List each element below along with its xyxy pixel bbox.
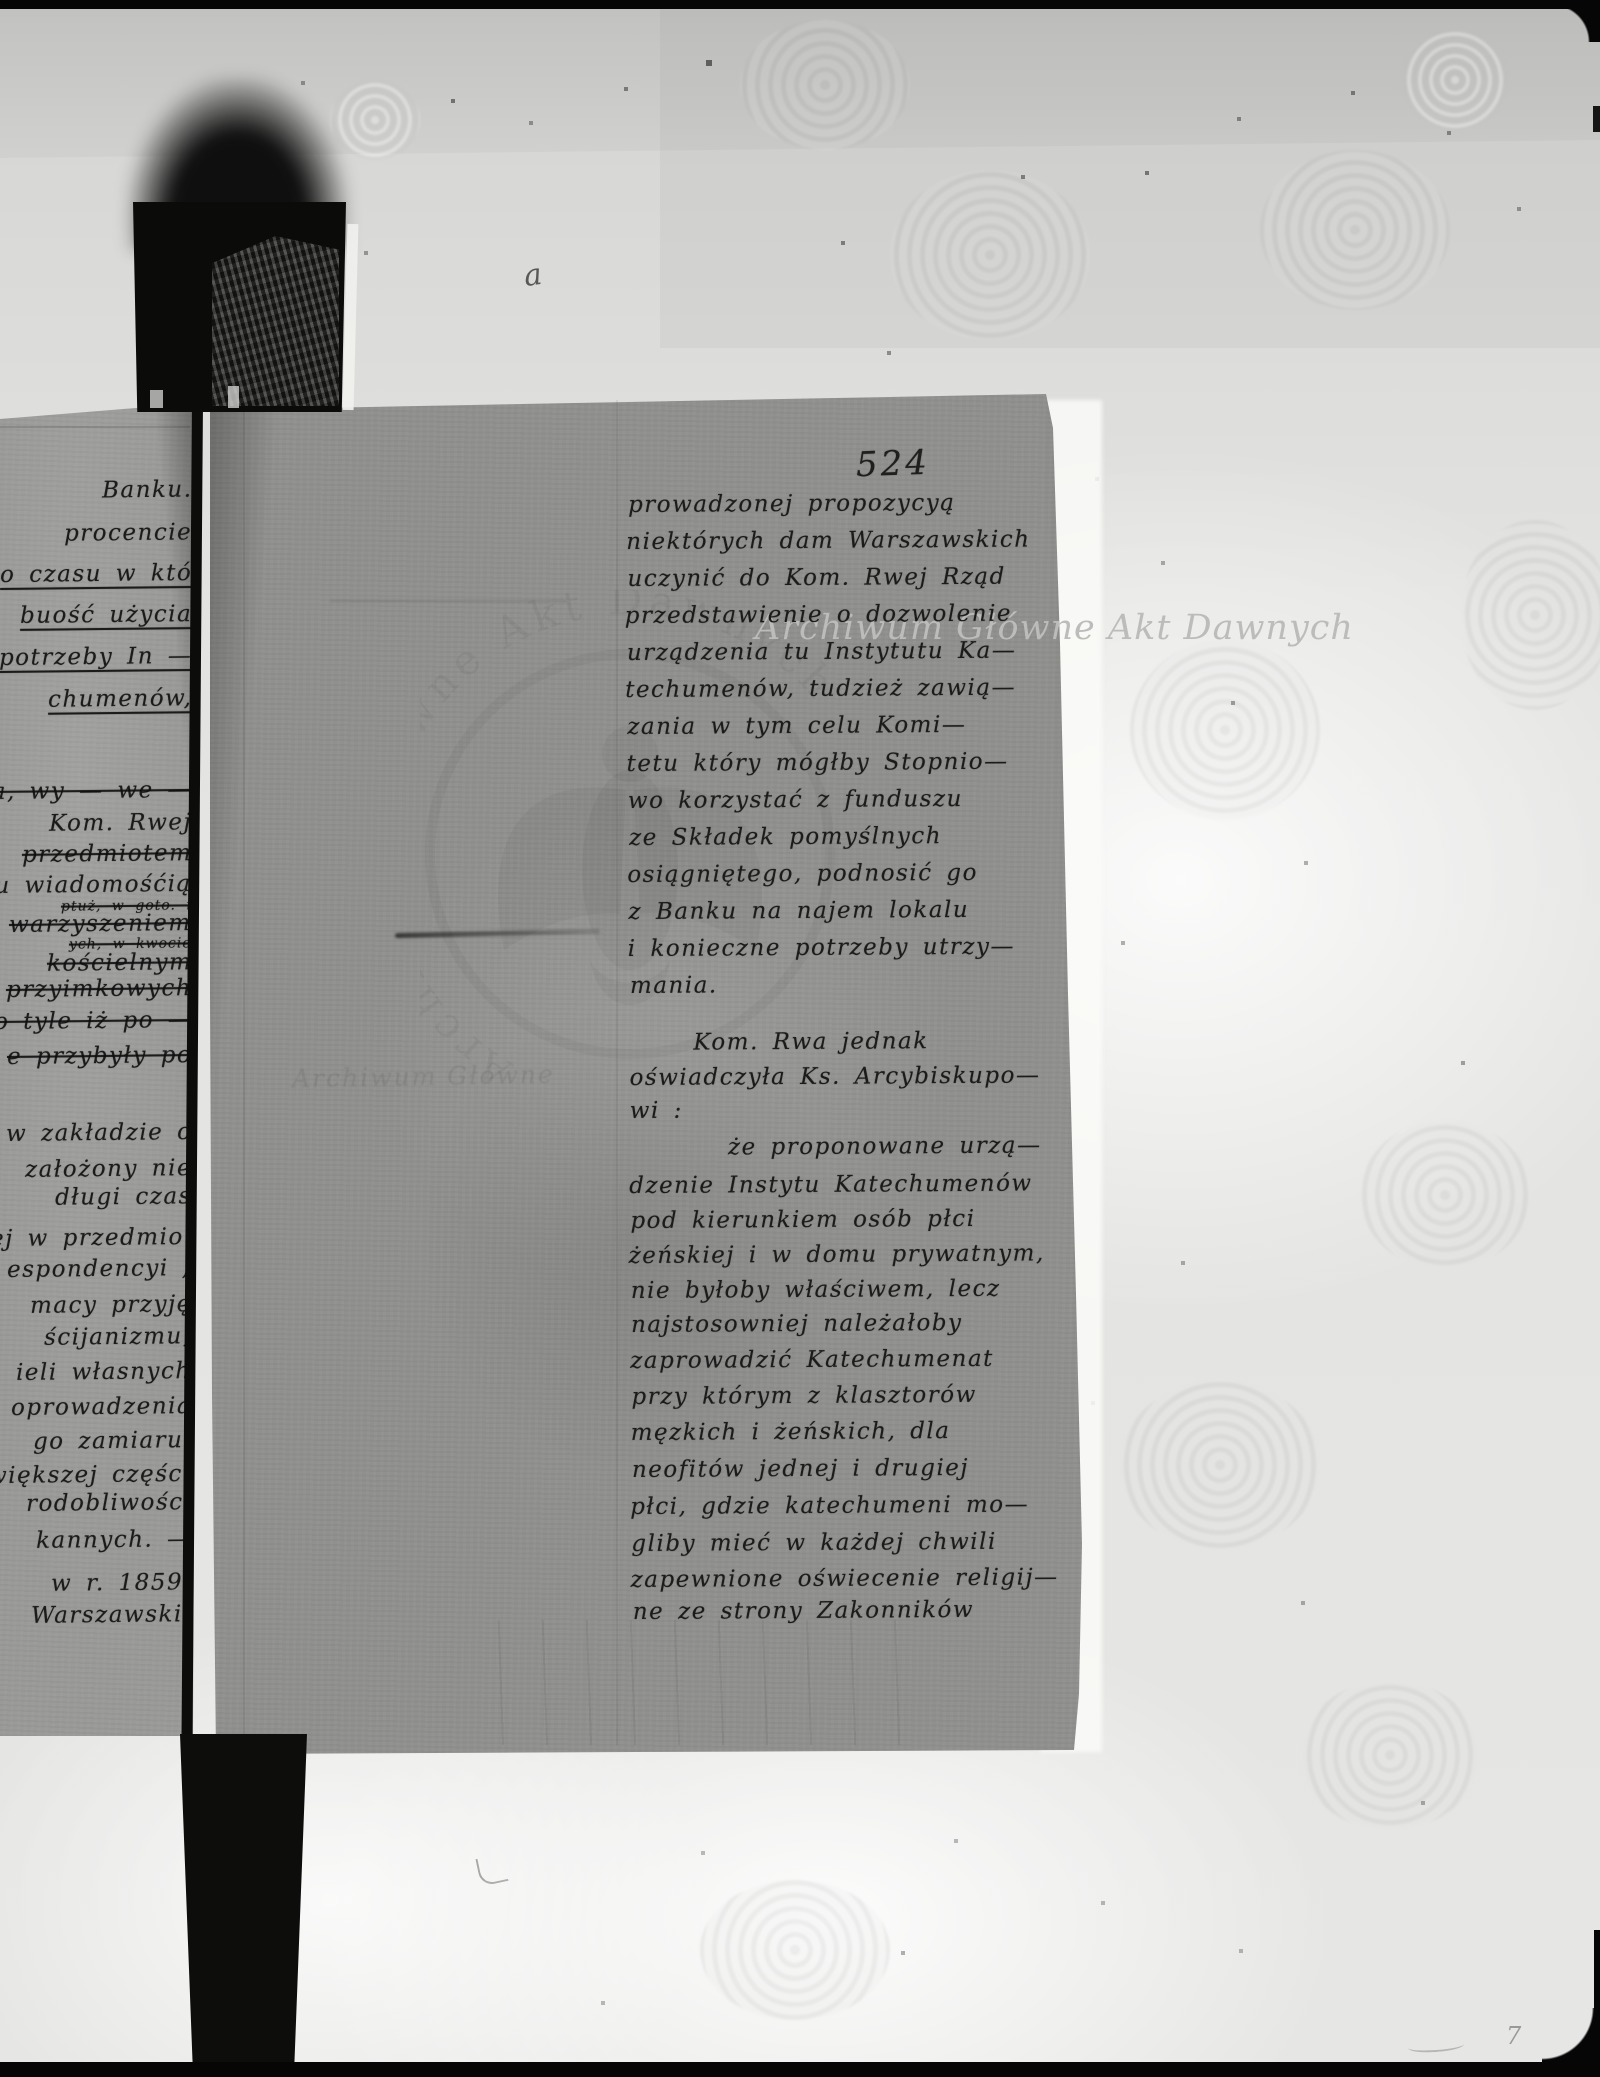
manuscript-line: nie byłoby właściwem, lecz: [631, 1276, 1001, 1304]
manuscript-line: i konieczne potrzeby utrzy—: [628, 934, 1015, 962]
manuscript-line: gliby mieć w każdej chwili: [631, 1529, 997, 1557]
manuscript-line: potrzeby In —: [0, 643, 192, 671]
manuscript-line: zapewnione oświecenie religij—: [631, 1564, 1059, 1593]
manuscript-line: ścijanizmu,: [44, 1323, 192, 1351]
manuscript-line: większej części: [0, 1461, 192, 1489]
pencil-mark-7: 7: [1506, 2022, 1521, 2050]
manuscript-line: Kom. Rwa jednak: [693, 1028, 928, 1055]
manuscript-line: długi czas: [55, 1183, 192, 1210]
manuscript-line: e przybyły po: [7, 1042, 193, 1070]
manuscript-line: buość użycia: [20, 601, 193, 629]
manuscript-line: założony nie: [25, 1155, 192, 1183]
manuscript-line: dzenie Instytu Katechumenów: [629, 1171, 1033, 1199]
manuscript-line: pod kierunkiem osób płci: [630, 1206, 975, 1234]
book-clamp-foot: [228, 386, 239, 408]
manuscript-line: Banku.: [101, 477, 192, 504]
film-frame-bottom-bar: [0, 2062, 1600, 2077]
manuscript-line: przy którym z klasztorów: [631, 1382, 976, 1410]
manuscript-line: prowadzonej propozycyą: [628, 490, 956, 518]
film-frame-corner: [1552, 0, 1600, 42]
manuscript-line: wi :: [630, 1098, 683, 1124]
manuscript-line: w zakładzie o: [5, 1119, 192, 1147]
manuscript-line: że proponowane urzą—: [728, 1132, 1042, 1160]
manuscript-line: męzkich i żeńskich, dla: [631, 1418, 951, 1446]
manuscript-line: ta, wy — we —: [0, 777, 192, 805]
manuscript-line: o tyle iż po —: [0, 1007, 192, 1035]
manuscript-line: urządzenia tu Instytutu Ka—: [627, 638, 1017, 666]
manuscript-line: najstosowniej należałoby: [631, 1310, 963, 1338]
manuscript-line: w r. 1859,: [51, 1569, 192, 1596]
film-frame-corner: [1542, 2008, 1600, 2068]
manuscript-line: z Banku na najem lokalu: [628, 897, 969, 925]
manuscript-line: procencie: [64, 519, 192, 546]
manuscript-line: tetu który mógłby Stopnio—: [627, 749, 1009, 777]
manuscript-line: ku wiadomośćią: [0, 871, 192, 899]
manuscript-line: ej w przedmio.: [0, 1224, 192, 1252]
book-clamp-lower: [180, 1734, 307, 2066]
manuscript-line: przyimkowych: [6, 975, 192, 1003]
manuscript-line: mania.: [630, 972, 718, 999]
manuscript-line: Warszawski,: [31, 1601, 192, 1629]
manuscript-line: o czasu w któ: [0, 560, 192, 588]
manuscript-line: techumenów, tudzież zawią—: [625, 675, 1016, 703]
manuscript-line: przedstawienie o dozwolenie: [625, 601, 1012, 629]
manuscript-line: oprowadzenia: [11, 1393, 192, 1421]
manuscript-line: warzyszeniem: [9, 910, 192, 938]
manuscript-line: kannych. —: [36, 1526, 192, 1554]
manuscript-line: ieli własnych: [16, 1358, 192, 1386]
microfilm-scan: Archiwum Główne Akt Dawnych Archiwum Głó…: [0, 0, 1600, 2077]
manuscript-line: przedmiotem: [22, 840, 193, 868]
manuscript-line: kościelnym: [46, 949, 192, 977]
manuscript-line: macy przyję: [30, 1291, 192, 1319]
manuscript-line: oświadczyła Ks. Arcybiskupo—: [629, 1063, 1040, 1092]
manuscript-line: ne ze strony Zakonników: [633, 1597, 974, 1625]
manuscript-line: rodobliwości: [25, 1489, 192, 1517]
manuscript-line: ze Składek pomyślnych: [629, 823, 942, 851]
manuscript-line: go zamiaru,: [33, 1427, 192, 1455]
book-clamp-texture: [212, 236, 339, 406]
manuscript-line: Kom. Rwej: [49, 809, 192, 836]
film-frame-top-bar: [0, 0, 1600, 9]
film-frame-notch: [1593, 106, 1600, 132]
manuscript-line: niektórych dam Warszawskich: [626, 527, 1030, 555]
book-clamp-foot: [150, 390, 163, 408]
manuscript-line: neofitów jednej i drugiej: [632, 1455, 969, 1483]
manuscript-line: płci, gdzie katechumeni mo—: [630, 1492, 1029, 1520]
film-frame-edge: [1594, 1930, 1600, 2070]
manuscript-line: osiągniętego, podnosić go: [627, 860, 978, 888]
manuscript-line: uczynić do Kom. Rwej Rząd: [627, 564, 1005, 592]
manuscript-line: zania w tym celu Komi—: [627, 712, 966, 740]
manuscript-line: zaprowadzić Katechumenat: [630, 1346, 994, 1374]
manuscript-line: chumenów,: [48, 685, 193, 713]
manuscript-line: espondencyi ;: [7, 1255, 192, 1283]
manuscript-line: wo korzystać z funduszu: [628, 786, 963, 814]
manuscript-line: żeńskiej i w domu prywatnym,: [629, 1240, 1045, 1269]
